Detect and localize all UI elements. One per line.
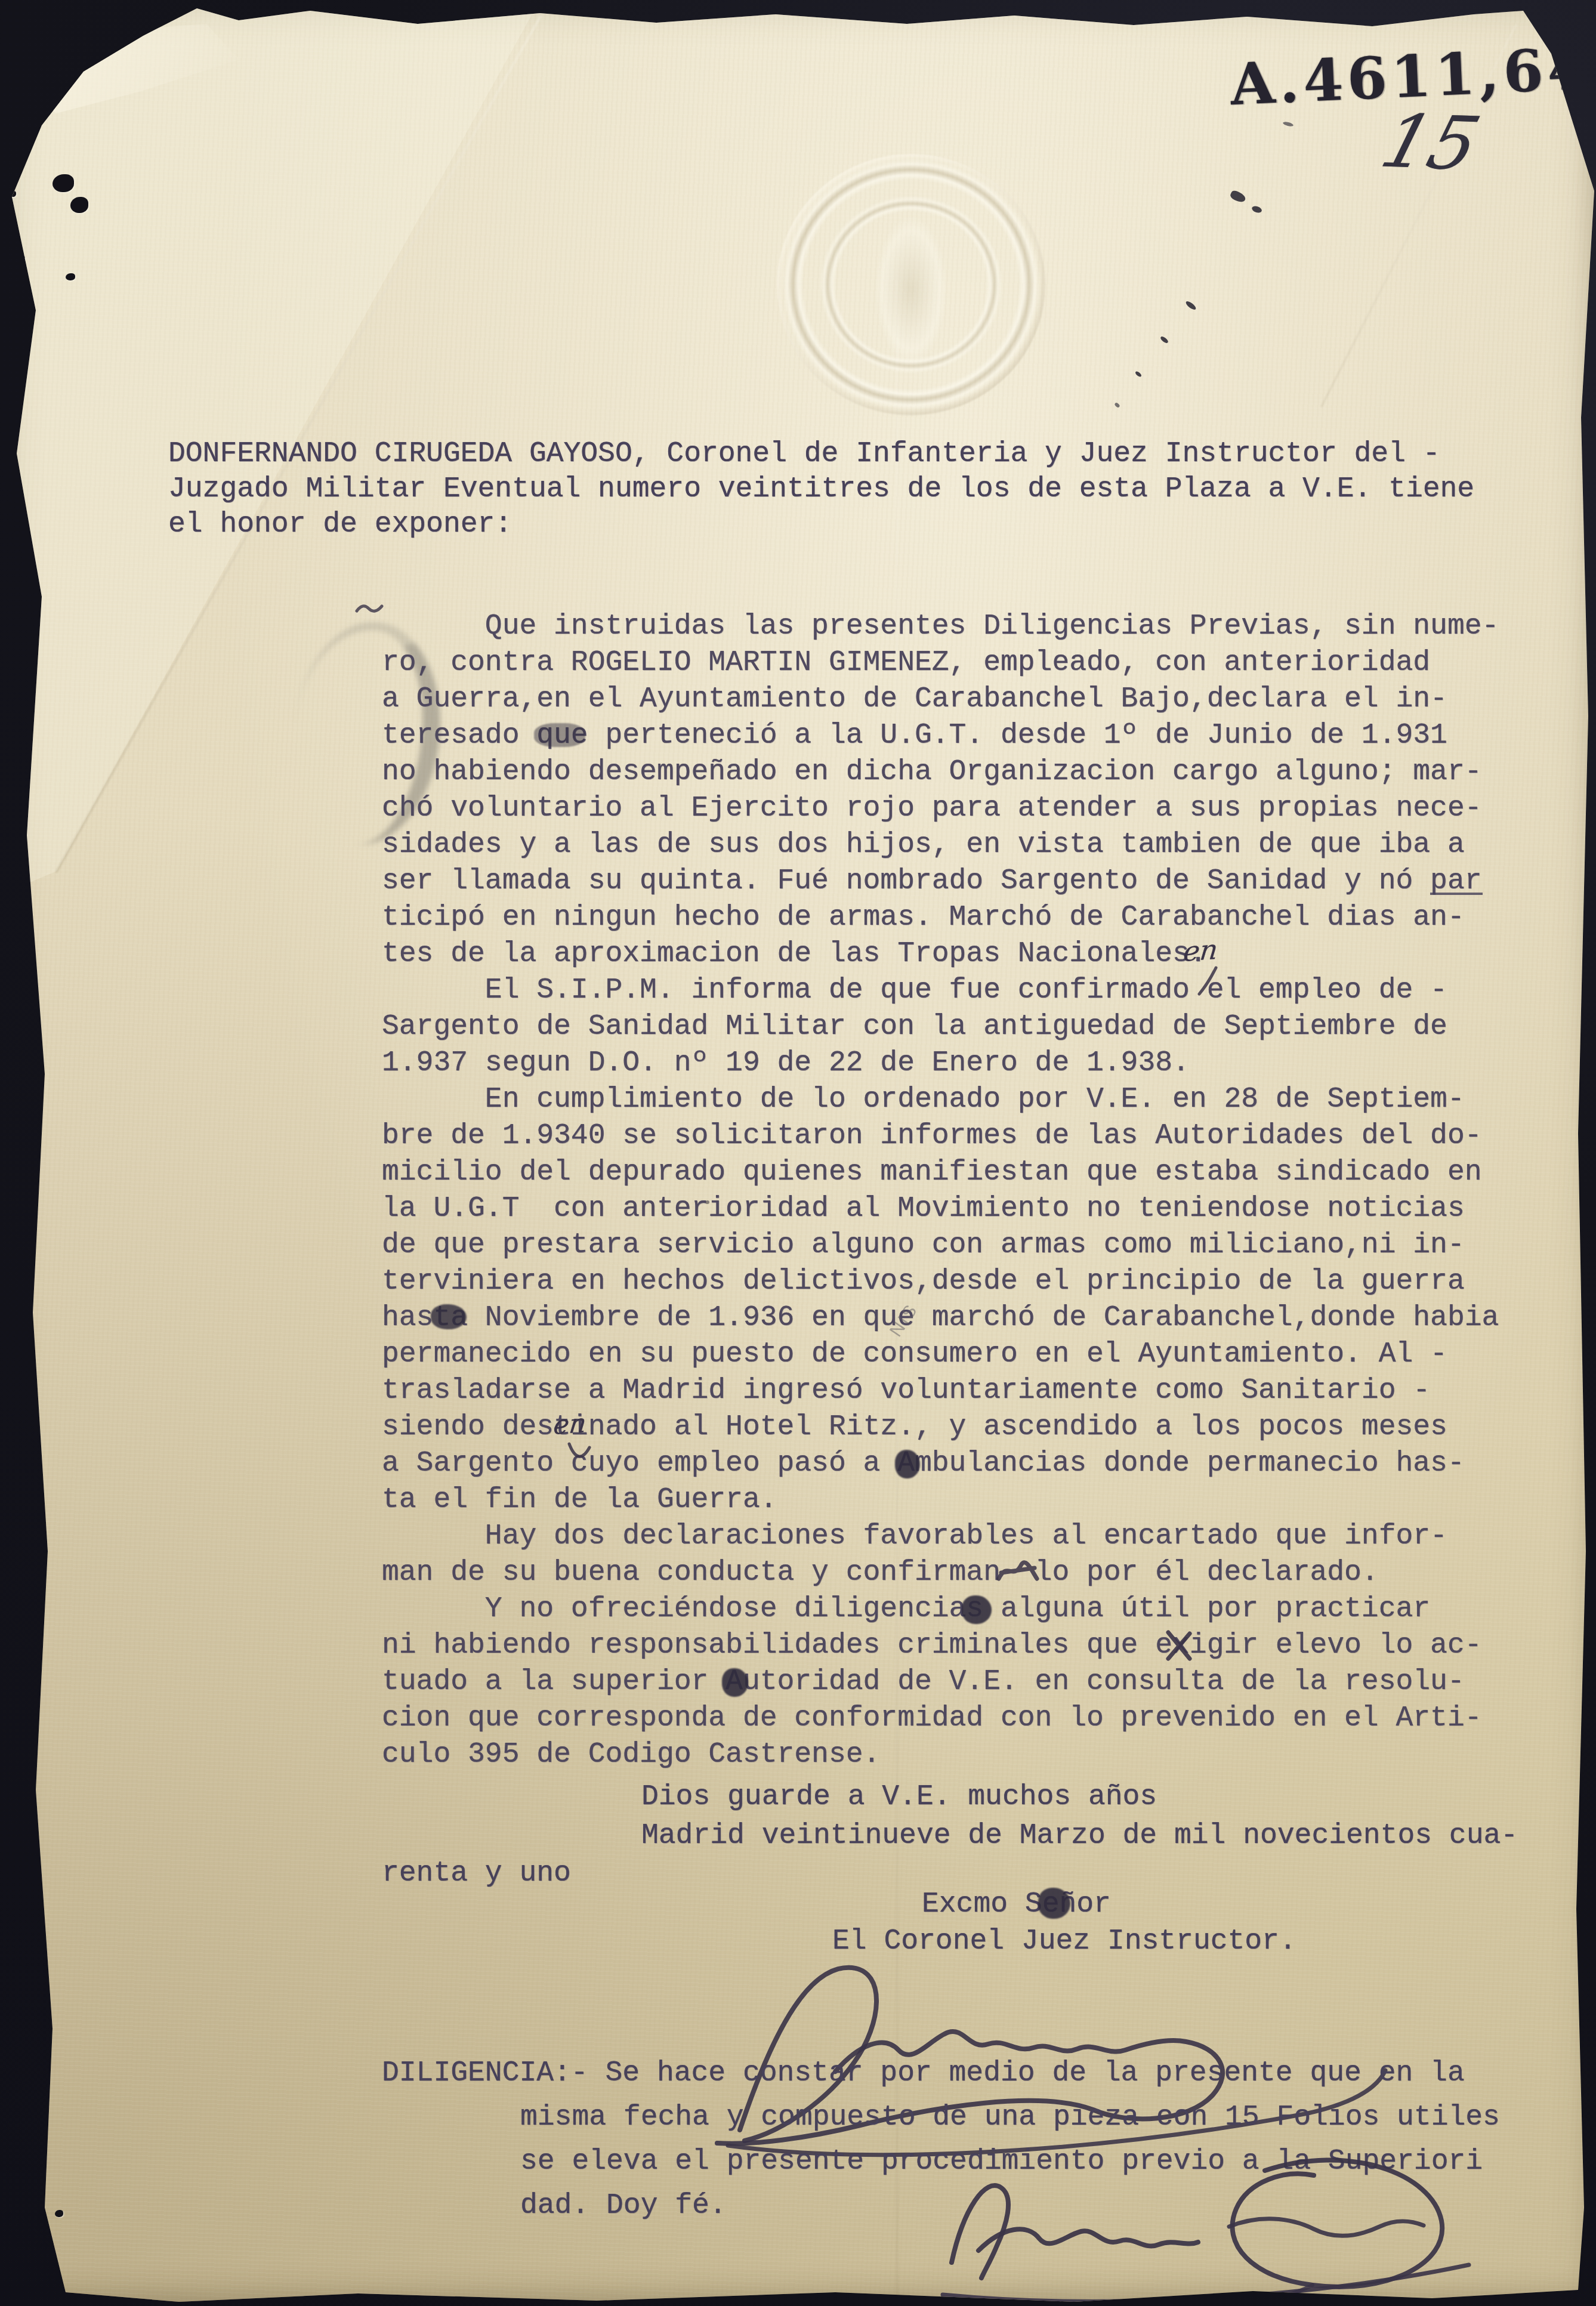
diligencia-line-2: misma fecha y compuesto de una pieza con… (520, 2095, 1500, 2140)
ink-blot-overtype (431, 1304, 467, 1329)
ink-blot-overtype (534, 723, 585, 747)
paper-sheet: A.4611,645 15 DONFERNANDO CIRUGEDA GAYOS… (0, 0, 1596, 2306)
caret-stroke (1194, 965, 1221, 996)
signature-secretary (895, 2136, 1492, 2306)
handwritten-insert-en-1: en (1182, 933, 1220, 968)
closing-line-1: Dios guarde a V.E. muchos años (641, 1779, 1157, 1816)
embossed-seal (777, 154, 1045, 415)
ink-speck (1229, 189, 1247, 203)
ink-speck (1159, 335, 1169, 344)
paper-hole (7, 165, 16, 172)
ink-blot-overtype (962, 1595, 992, 1624)
paper-hole (70, 197, 88, 213)
diligencia-line-4: dad. Doy fé. (520, 2184, 727, 2228)
ink-blot-overtype (1038, 1888, 1070, 1919)
paper-hole (10, 2172, 16, 2178)
salutation-line: Excmo Señor (922, 1887, 1111, 1923)
handwritten-folio-number: 15 (1373, 98, 1489, 186)
ink-speck (1283, 121, 1294, 127)
ink-speck (1134, 371, 1142, 378)
scanned-document-page: A.4611,645 15 DONFERNANDO CIRUGEDA GAYOS… (0, 0, 1596, 2306)
diligencia-line-1: DILIGENCIA:- Se hace constar por medio d… (382, 2051, 1465, 2095)
ink-speck (1185, 300, 1197, 311)
paper-hole (66, 273, 75, 280)
ink-scribble (995, 1555, 1041, 1586)
ink-blot-overtype (722, 1668, 748, 1697)
ink-blot-overtype (895, 1450, 920, 1478)
typed-underline (1430, 893, 1483, 895)
caret-stroke (564, 1439, 593, 1464)
closing-line-3: renta y uno (382, 1856, 571, 1892)
paper-hole (55, 2210, 63, 2217)
ink-speck (1251, 205, 1262, 214)
paper-hole (53, 174, 74, 192)
document-body: Que instruidas las presentes Diligencias… (382, 609, 1499, 1773)
paper-hole (10, 191, 16, 197)
document-header: DONFERNANDO CIRUGEDA GAYOSO, Coronel de … (168, 437, 1474, 542)
ink-speck (1114, 402, 1120, 408)
paper-hole (18, 255, 25, 261)
closing-line-2: Madrid veintinueve de Marzo de mil novec… (641, 1818, 1518, 1854)
ink-x-mark (1163, 1629, 1194, 1662)
handwritten-insert-en-2: en (552, 1408, 588, 1441)
